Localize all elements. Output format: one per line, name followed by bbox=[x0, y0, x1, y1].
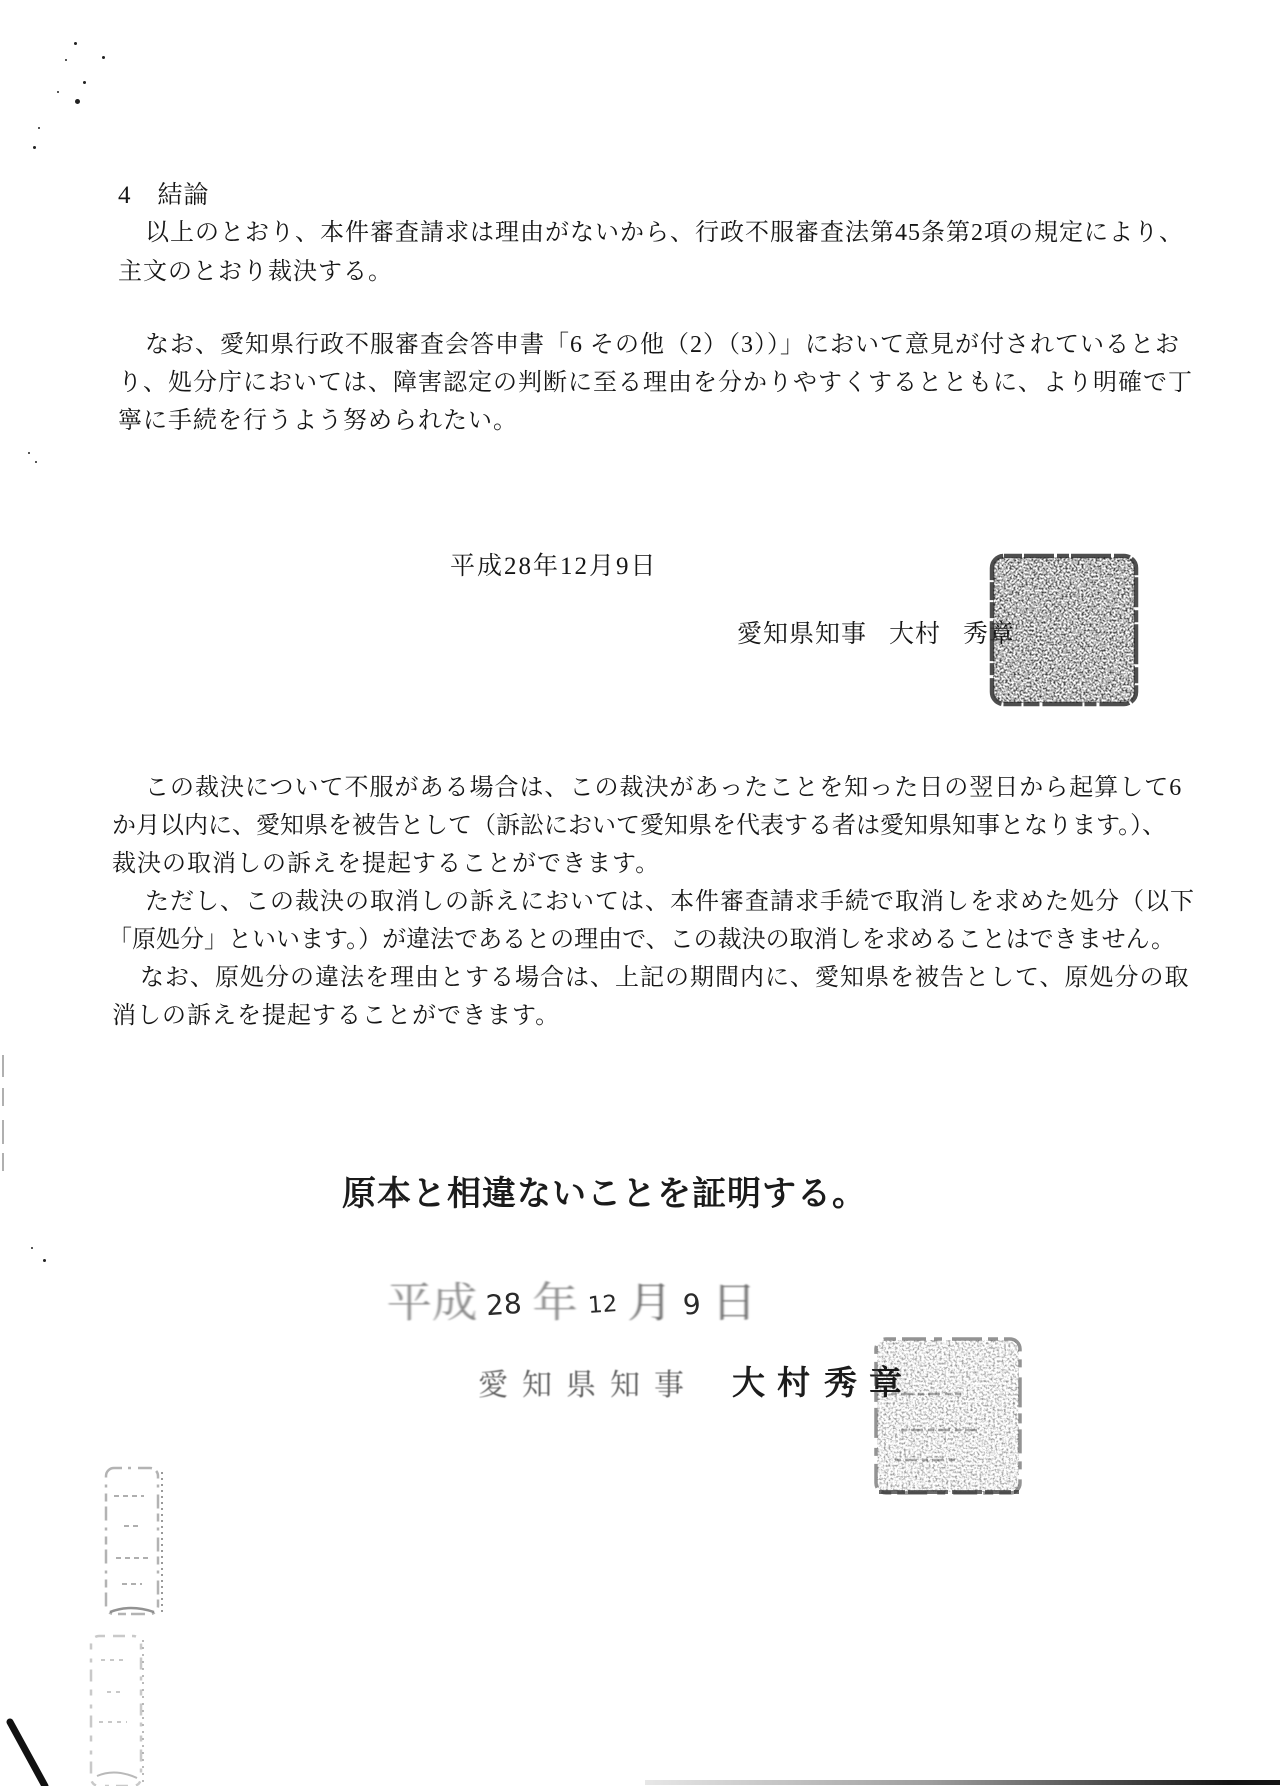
certification-statement: 原本と相違ないことを証明する。 bbox=[342, 1178, 867, 1212]
scan-noise-dot bbox=[83, 81, 86, 84]
section-heading: 4結論 bbox=[118, 183, 210, 208]
note-line: 寧に手続を行うよう努められたい。 bbox=[118, 409, 518, 433]
scan-noise-dot bbox=[43, 1259, 46, 1262]
stamped-day-unit: 日 bbox=[711, 1283, 756, 1325]
scan-noise-dot bbox=[28, 452, 30, 454]
stamped-era: 平成 bbox=[387, 1283, 478, 1325]
appeal-line: か月以内に、愛知県を被告として（訴訟において愛知県を代表する者は愛知県知事となり… bbox=[112, 814, 1166, 838]
certification-signer-title: 愛知県知事 bbox=[478, 1371, 698, 1401]
note-line: なお、愛知県行政不服審査会答申書「6 その他（2）（3））」において意見が付され… bbox=[145, 333, 1180, 357]
scan-noise-dot bbox=[65, 59, 67, 61]
appeal-line: 消しの訴えを提起することができます。 bbox=[112, 1004, 560, 1028]
handwritten-day: 9 bbox=[682, 1290, 702, 1319]
governor-signature: 愛知県知事大村秀章 bbox=[737, 622, 1015, 647]
scan-noise-dot bbox=[35, 461, 37, 463]
conclusion-line: 以上のとおり、本件審査請求は理由がないから、行政不服審査法第45条第2項の規定に… bbox=[145, 221, 1184, 245]
certification-seal-stamp bbox=[871, 1334, 1025, 1498]
scanned-document-page: 4結論 以上のとおり、本件審査請求は理由がないから、行政不服審査法第45条第2項… bbox=[0, 0, 1280, 1786]
scanner-artifact-bar bbox=[645, 1780, 1280, 1785]
certification-date: 平成 28 年 12 月 9 日 bbox=[390, 1283, 755, 1325]
appeal-line: なお、原処分の違法を理由とする場合は、上記の期間内に、愛知県を被告として、原処分… bbox=[140, 966, 1190, 990]
section-number: 4 bbox=[118, 182, 132, 209]
scan-edge-mark bbox=[2, 1120, 4, 1144]
handwritten-year: 28 bbox=[485, 1290, 523, 1320]
governor-family-name: 大村 bbox=[889, 621, 941, 648]
scan-noise-dot bbox=[74, 42, 77, 45]
governor-title: 愛知県知事 bbox=[737, 621, 867, 648]
pen-stroke-mark bbox=[0, 1700, 60, 1786]
scan-noise-dot bbox=[31, 1247, 33, 1249]
faint-registry-stamp-lower bbox=[85, 1630, 151, 1786]
governor-seal-stamp bbox=[988, 552, 1140, 708]
stamped-month-unit: 月 bbox=[627, 1283, 672, 1325]
decision-date: 平成28年12月9日 bbox=[450, 554, 658, 579]
scan-edge-mark bbox=[2, 1088, 4, 1106]
section-title: 結論 bbox=[158, 182, 210, 209]
handwritten-month: 12 bbox=[587, 1293, 618, 1318]
scan-noise-dot bbox=[57, 91, 59, 93]
appeal-line: 裁決の取消しの訴えを提起することができます。 bbox=[112, 852, 660, 876]
certification-family-name: 大村 bbox=[732, 1366, 822, 1402]
note-line: り、処分庁においては、障害認定の判断に至る理由を分かりやすくするとともに、より明… bbox=[118, 371, 1193, 395]
scan-noise-dot bbox=[33, 146, 36, 149]
certification-signature: 愛知県知事 大村秀章 bbox=[478, 1368, 914, 1401]
scan-edge-mark bbox=[2, 1153, 4, 1171]
scan-noise-dot bbox=[38, 127, 40, 129]
conclusion-line: 主文のとおり裁決する。 bbox=[118, 260, 393, 284]
scan-noise-dot bbox=[102, 56, 105, 59]
stamped-year-unit: 年 bbox=[532, 1283, 577, 1325]
scan-noise-dot bbox=[75, 99, 80, 104]
appeal-line: この裁決について不服がある場合は、この裁決があったことを知った日の翌日から起算し… bbox=[145, 776, 1182, 800]
scan-edge-mark bbox=[2, 1055, 4, 1077]
faint-registry-stamp-upper bbox=[100, 1462, 168, 1620]
appeal-line: 「原処分」といいます。）が違法であるとの理由で、この裁決の取消しを求めることはで… bbox=[108, 928, 1175, 952]
appeal-line: ただし、この裁決の取消しの訴えにおいては、本件審査請求手続で取消しを求めた処分（… bbox=[145, 890, 1195, 914]
